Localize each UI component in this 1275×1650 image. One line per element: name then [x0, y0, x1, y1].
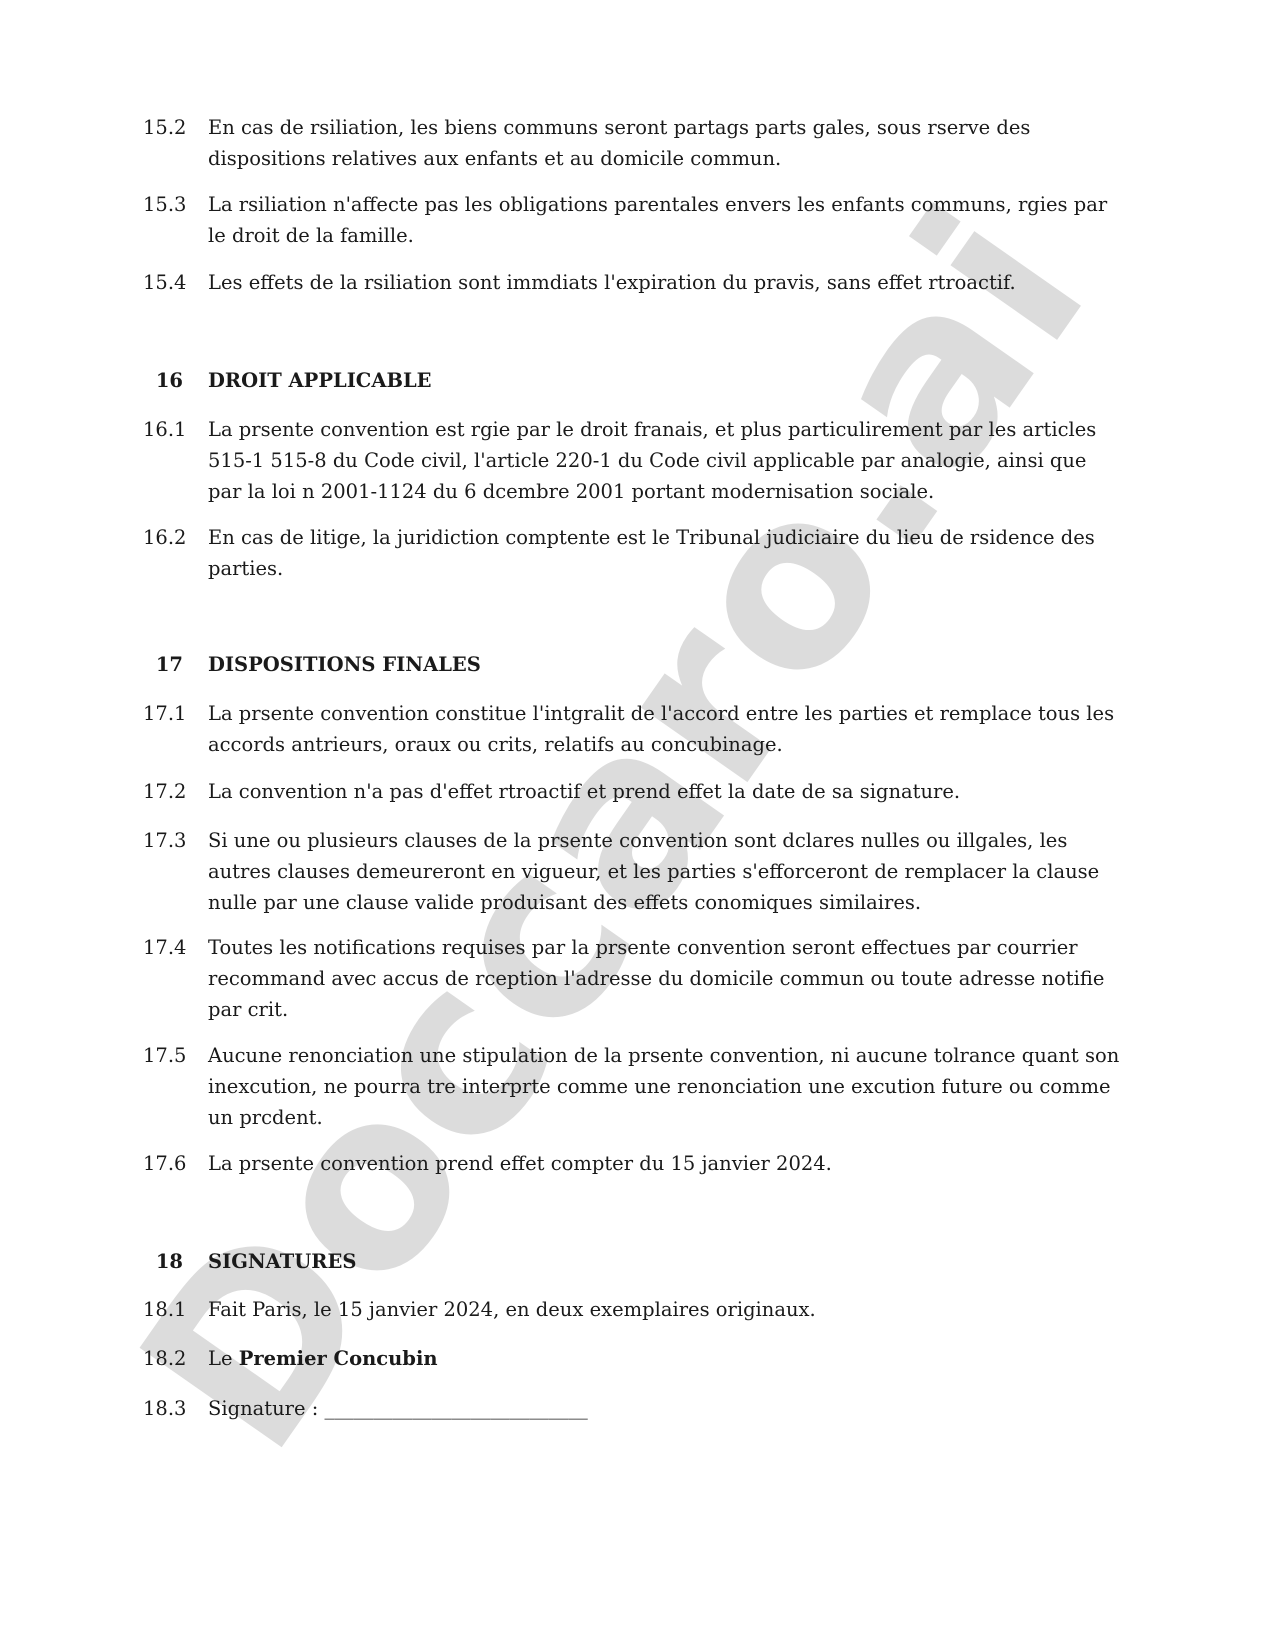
- section-number: 18: [143, 1246, 183, 1277]
- clause-number: 18.1: [143, 1294, 208, 1325]
- clause-text: Fait Paris, le 15 janvier 2024, en deux …: [208, 1294, 1123, 1325]
- clause-15-2: 15.2 En cas de rsiliation, les biens com…: [143, 112, 1123, 174]
- clause-text: Aucune renonciation une stipulation de l…: [208, 1040, 1123, 1133]
- clause-number: 18.3: [143, 1393, 208, 1424]
- clause-17-1: 17.1 La prsente convention constitue l'i…: [143, 698, 1123, 760]
- clause-17-5: 17.5 Aucune renonciation une stipulation…: [143, 1040, 1123, 1133]
- clause-number: 17.2: [143, 776, 208, 807]
- clause-17-4: 17.4 Toutes les notifications requises p…: [143, 932, 1123, 1025]
- clause-number: 15.3: [143, 189, 208, 251]
- clause-18-1: 18.1 Fait Paris, le 15 janvier 2024, en …: [143, 1294, 1123, 1325]
- clause-text: La prsente convention constitue l'intgra…: [208, 698, 1123, 760]
- section-heading-16: 16 DROIT APPLICABLE: [143, 365, 1123, 396]
- clause-text: La prsente convention est rgie par le dr…: [208, 414, 1123, 507]
- clause-text: La rsiliation n'affecte pas les obligati…: [208, 189, 1123, 251]
- clause-text: Les effets de la rsiliation sont immdiat…: [208, 267, 1123, 298]
- clause-number: 16.1: [143, 414, 208, 507]
- clause-number: 17.1: [143, 698, 208, 760]
- clause-number: 16.2: [143, 522, 208, 584]
- signatory-name: Premier Concubin: [239, 1347, 438, 1370]
- signature-label: Signature :: [208, 1397, 325, 1420]
- clause-number: 15.4: [143, 267, 208, 298]
- clause-18-3: 18.3 Signature : _______________________…: [143, 1393, 1123, 1424]
- clause-17-6: 17.6 La prsente convention prend effet c…: [143, 1148, 1123, 1179]
- section-title: DROIT APPLICABLE: [208, 365, 432, 396]
- clause-text: Signature : ___________________________: [208, 1393, 1123, 1424]
- clause-17-2: 17.2 La convention n'a pas d'effet rtroa…: [143, 776, 1123, 807]
- section-title: SIGNATURES: [208, 1246, 356, 1277]
- document-page: Doccaro.ai 15.2 En cas de rsiliation, le…: [0, 0, 1275, 1650]
- clause-number: 15.2: [143, 112, 208, 174]
- clause-text: Toutes les notifications requises par la…: [208, 932, 1123, 1025]
- section-number: 17: [143, 649, 183, 680]
- clause-15-4: 15.4 Les effets de la rsiliation sont im…: [143, 267, 1123, 298]
- clause-17-3: 17.3 Si une ou plusieurs clauses de la p…: [143, 825, 1123, 918]
- clause-text: En cas de litige, la juridiction compten…: [208, 522, 1123, 584]
- section-number: 16: [143, 365, 183, 396]
- clause-number: 17.6: [143, 1148, 208, 1179]
- clause-16-1: 16.1 La prsente convention est rgie par …: [143, 414, 1123, 507]
- clause-number: 17.4: [143, 932, 208, 1025]
- clause-15-3: 15.3 La rsiliation n'affecte pas les obl…: [143, 189, 1123, 251]
- clause-text: Si une ou plusieurs clauses de la prsent…: [208, 825, 1123, 918]
- signatory-prefix: Le: [208, 1347, 239, 1370]
- section-title: DISPOSITIONS FINALES: [208, 649, 481, 680]
- clause-text: La convention n'a pas d'effet rtroactif …: [208, 776, 1123, 807]
- clause-18-2: 18.2 Le Premier Concubin: [143, 1343, 1123, 1374]
- clause-number: 17.3: [143, 825, 208, 918]
- clause-number: 18.2: [143, 1343, 208, 1374]
- clause-text: En cas de rsiliation, les biens communs …: [208, 112, 1123, 174]
- section-heading-18: 18 SIGNATURES: [143, 1246, 1123, 1277]
- clause-number: 17.5: [143, 1040, 208, 1133]
- signature-line[interactable]: ___________________________: [325, 1393, 588, 1424]
- clause-text: La prsente convention prend effet compte…: [208, 1148, 1123, 1179]
- section-heading-17: 17 DISPOSITIONS FINALES: [143, 649, 1123, 680]
- clause-16-2: 16.2 En cas de litige, la juridiction co…: [143, 522, 1123, 584]
- clause-text: Le Premier Concubin: [208, 1343, 1123, 1374]
